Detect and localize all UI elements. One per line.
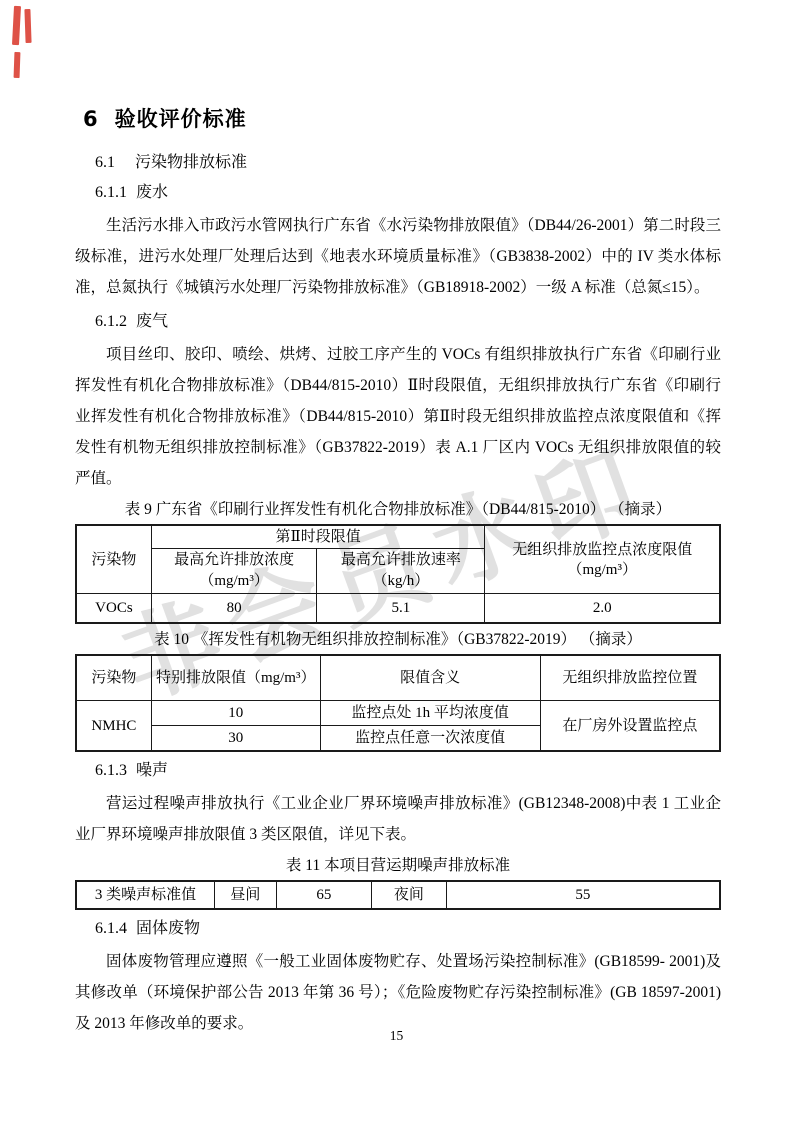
section-title: 固体废物 <box>136 920 200 937</box>
section-number: 6.1 <box>95 154 115 171</box>
table9-header-fugitive-line1: 无组织排放监控点浓度限值 <box>488 540 716 560</box>
table10-cell-meaning1: 监控点处 1h 平均浓度值 <box>320 701 540 726</box>
table10-header-special-limit: 特别排放限值（mg/m³） <box>151 655 320 701</box>
red-stamp-stroke <box>24 9 31 43</box>
table10-fugitive-voc-control: 污染物 特别排放限值（mg/m³） 限值含义 无组织排放监控位置 NMHC 10… <box>75 654 721 752</box>
section-number: 6.1.3 <box>95 762 127 779</box>
table9-cell-max-conc: 80 <box>151 594 317 624</box>
section-heading-6-1: 6.1污染物排放标准 <box>95 152 721 174</box>
paragraph-noise: 营运过程噪声排放执行《工业企业厂界环境噪声排放标准》(GB12348-2008)… <box>75 788 721 850</box>
section-number: 6.1.4 <box>95 920 127 937</box>
table9-header-max-conc: 最高允许排放浓度 （mg/m³） <box>151 549 317 594</box>
section-title: 污染物排放标准 <box>135 154 247 171</box>
table9-caption: 表 9 广东省《印刷行业挥发性有机化合物排放标准》（DB44/815-2010）… <box>75 499 721 521</box>
red-stamp-stroke <box>12 6 21 45</box>
section-title: 废气 <box>136 313 168 330</box>
section-heading-6-1-4: 6.1.4固体废物 <box>95 918 721 940</box>
table11-cell-night-value: 55 <box>446 881 720 909</box>
table9-header-period2: 第Ⅱ时段限值 <box>151 525 485 549</box>
table10-header-position: 无组织排放监控位置 <box>540 655 720 701</box>
red-stamp-stroke <box>14 52 21 78</box>
table9-cell-pollutant: VOCs <box>76 594 151 624</box>
table11-cell-day-label: 昼间 <box>214 881 276 909</box>
table9-header-fugitive: 无组织排放监控点浓度限值 （mg/m³） <box>485 525 720 594</box>
table9-header-max-rate: 最高允许排放速率（kg/h） <box>317 549 485 594</box>
table11-cell-label: 3 类噪声标准值 <box>76 881 214 909</box>
section-title: 噪声 <box>136 762 168 779</box>
table10-cell-position: 在厂房外设置监控点 <box>540 701 720 752</box>
table9-cell-max-rate: 5.1 <box>317 594 485 624</box>
table-row: VOCs 80 5.1 2.0 <box>76 594 720 624</box>
table9-header-pollutant: 污染物 <box>76 525 151 594</box>
table10-cell-limit1: 10 <box>151 701 320 726</box>
section-heading-6-1-3: 6.1.3噪声 <box>95 760 721 782</box>
table9-header-max-conc-line2: （mg/m³） <box>155 571 314 592</box>
chapter-title: 验收评价标准 <box>115 107 247 131</box>
page-number: 15 <box>0 1028 793 1044</box>
paragraph-waste-gas: 项目丝印、胶印、喷绘、烘烤、过胶工序产生的 VOCs 有组织排放执行广东省《印刷… <box>75 339 721 494</box>
section-number: 6.1.1 <box>95 184 127 201</box>
table-row: 3 类噪声标准值 昼间 65 夜间 55 <box>76 881 720 909</box>
paragraph-solid-waste: 固体废物管理应遵照《一般工业固体废物贮存、处置场污染控制标准》(GB18599-… <box>75 946 721 1039</box>
section-heading-6-1-2: 6.1.2废气 <box>95 311 721 333</box>
table9-cell-fugitive: 2.0 <box>485 594 720 624</box>
table10-cell-pollutant: NMHC <box>76 701 151 752</box>
chapter-heading: 6验收评价标准 <box>83 104 721 134</box>
table11-noise-standard: 3 类噪声标准值 昼间 65 夜间 55 <box>75 880 721 910</box>
table10-header-meaning: 限值含义 <box>320 655 540 701</box>
table9-voc-emission-limits: 污染物 第Ⅱ时段限值 无组织排放监控点浓度限值 （mg/m³） 最高允许排放浓度… <box>75 524 721 624</box>
section-number: 6.1.2 <box>95 313 127 330</box>
table-row: NMHC 10 监控点处 1h 平均浓度值 在厂房外设置监控点 <box>76 701 720 726</box>
table11-cell-night-label: 夜间 <box>372 881 447 909</box>
chapter-number: 6 <box>83 107 99 131</box>
section-heading-6-1-1: 6.1.1废水 <box>95 182 721 204</box>
table9-header-fugitive-line2: （mg/m³） <box>488 560 716 580</box>
table11-caption: 表 11 本项目营运期噪声排放标准 <box>75 855 721 877</box>
paragraph-wastewater: 生活污水排入市政污水管网执行广东省《水污染物排放限值》（DB44/26-2001… <box>75 210 721 303</box>
table10-caption: 表 10 《挥发性有机物无组织排放控制标准》（GB37822-2019） （摘录… <box>75 629 721 651</box>
section-title: 废水 <box>136 184 168 201</box>
table10-header-pollutant: 污染物 <box>76 655 151 701</box>
table11-cell-day-value: 65 <box>276 881 371 909</box>
document-page: 6验收评价标准 6.1污染物排放标准 6.1.1废水 生活污水排入市政污水管网执… <box>75 104 721 1041</box>
table9-header-max-conc-line1: 最高允许排放浓度 <box>155 550 314 571</box>
table10-cell-limit2: 30 <box>151 726 320 752</box>
table10-cell-meaning2: 监控点任意一次浓度值 <box>320 726 540 752</box>
